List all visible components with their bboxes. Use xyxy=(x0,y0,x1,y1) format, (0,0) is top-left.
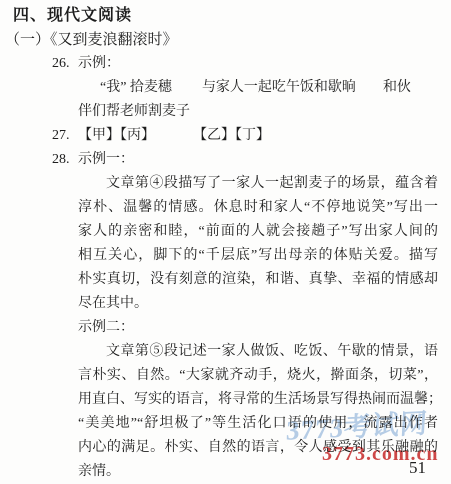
paragraph-line: 淳朴、温馨的情感。休息时和家人“不停地说笑”写出一 xyxy=(78,196,438,220)
question-28-label-1: 示例一： xyxy=(78,152,134,167)
question-26-answer-2: 与家人一起吃午饭和歇晌 xyxy=(202,80,356,95)
question-27-group-2: 【乙】【丁】 xyxy=(193,128,270,143)
paragraph-line: 文章第④段描写了一家人一起割麦子的场景，蕴含着 xyxy=(78,172,438,196)
question-28-row: 28.示例一： xyxy=(52,148,451,172)
section-title: 四、现代文阅读 xyxy=(13,4,451,28)
question-26-answers-line: “我” 拾麦穗与家人一起吃午饭和歇晌和伙 xyxy=(78,76,451,100)
paragraph-line: 用直白、写实的语言，将寻常的生活场景写得热闹而温馨； xyxy=(78,388,438,412)
question-26-answer-continuation: 伴们帮老师割麦子 xyxy=(78,100,451,124)
paragraph-line: “美美地”“舒坦极了”等生活化口语的使用，流露出作者 xyxy=(78,412,438,436)
question-27-group-1: 【甲】【丙】 xyxy=(78,128,155,143)
question-26-answer-3: 和伙 xyxy=(383,80,411,95)
paragraph-line: 文章第⑤段记述一家人做饭、吃饭、午歇的情景，语 xyxy=(78,340,438,364)
paragraph-line: 内心的满足。朴实、自然的语言，令人感受到其乐融融的 xyxy=(78,436,438,460)
question-27-row: 27.【甲】【丙】【乙】【丁】 xyxy=(52,124,451,148)
answer-key-content: 四、现代文阅读 （一）《又到麦浪翻滚时》 26.示例： “我” 拾麦穗与家人一起… xyxy=(0,0,451,484)
question-27-number: 27. xyxy=(52,124,78,148)
paragraph-line: 朴实真切，没有刻意的渲染，和谐、真挚、幸福的情感却 xyxy=(78,268,438,292)
passage-title: （一）《又到麦浪翻滚时》 xyxy=(5,28,451,52)
question-28-number: 28. xyxy=(52,148,78,172)
paragraph-line: 言朴实、自然。“大家就齐动手，烧火，擀面条，切菜”， xyxy=(78,364,438,388)
paragraph-line: 亲情。 xyxy=(78,460,438,484)
paragraph-line: 家人的亲密和睦，“前面的人就会接趟子”写出家人间的 xyxy=(78,220,438,244)
question-28-label-2: 示例二： xyxy=(78,316,451,340)
question-26-answer-1: “我” 拾麦穗 xyxy=(100,80,172,95)
paragraph-line: 相互关心，脚下的“千层底”写出母亲的体贴关爱。描写 xyxy=(78,244,438,268)
question-26-number: 26. xyxy=(52,52,78,76)
page-number: 51 xyxy=(409,458,426,478)
question-26-label: 示例： xyxy=(78,56,120,71)
document-page: 3773考试网 3773.com.cn 四、现代文阅读 （一）《又到麦浪翻滚时》… xyxy=(0,0,451,484)
paragraph-line: 尽在其中。 xyxy=(78,292,438,316)
question-28-paragraph-1: 文章第④段描写了一家人一起割麦子的场景，蕴含着淳朴、温馨的情感。休息时和家人“不… xyxy=(78,172,438,316)
question-28-paragraph-2: 文章第⑤段记述一家人做饭、吃饭、午歇的情景，语言朴实、自然。“大家就齐动手，烧火… xyxy=(78,340,438,484)
question-26-row: 26.示例： xyxy=(52,52,451,76)
